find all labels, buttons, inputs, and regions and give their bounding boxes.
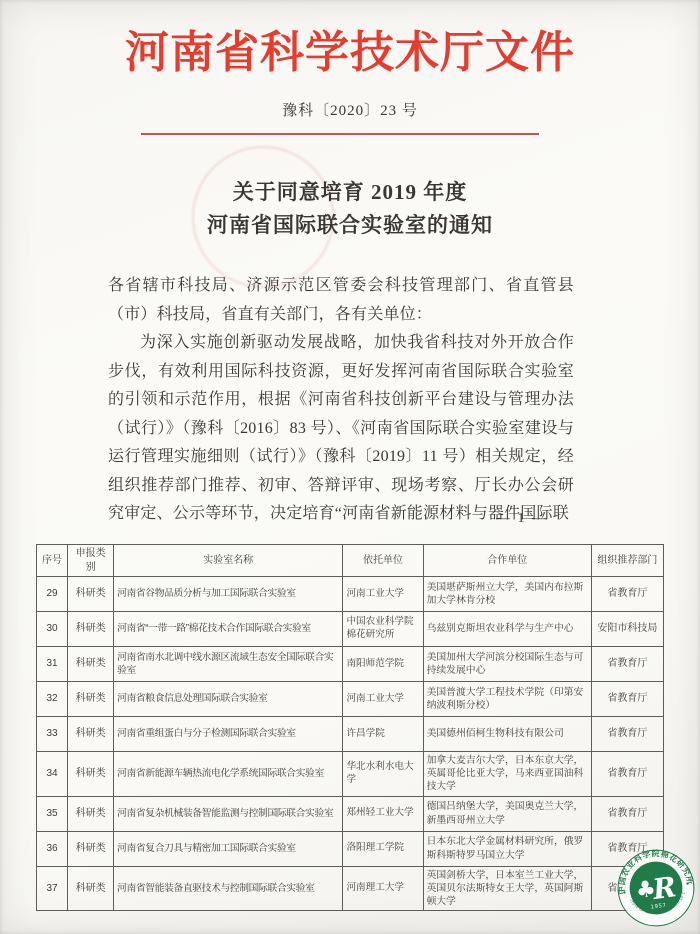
table-cell: 科研类 — [68, 866, 114, 911]
column-header: 合作单位 — [423, 545, 591, 577]
notice-title-line2: 河南省国际联合实验室的通知 — [0, 209, 700, 242]
table-cell: 河南省新能源车辆热流电化学系统国际联合实验室 — [114, 752, 343, 797]
table-cell: 37 — [37, 866, 68, 911]
column-header: 序号 — [37, 545, 68, 577]
table-cell: 河南省智能装备直驱技术与控制国际联合实验室 — [114, 866, 343, 911]
table-cell: 美国普渡大学工程技术学院（印第安纳波利斯分校） — [423, 682, 591, 717]
document-page: 河南省科学技术厅文件 豫科〔2020〕23 号 关于同意培育 2019 年度 河… — [0, 0, 700, 934]
table-row: 30科研类河南省“一带一路”棉花技术合作国际联合实验室中国农业科学院棉花研究所乌… — [37, 612, 664, 647]
table-cell: 中国农业科学院棉花研究所 — [343, 612, 423, 647]
table-cell: 省教育厅 — [591, 796, 663, 831]
table-cell: 30 — [37, 612, 68, 647]
table-cell: 省教育厅 — [591, 717, 663, 752]
doc-number: 豫科〔2020〕23 号 — [0, 99, 700, 120]
table-cell: 河南省南水北调中线水源区流域生态安全国际联合实验室 — [114, 647, 343, 682]
table-cell: 河南省谷物品质分析与加工国际联合实验室 — [114, 577, 343, 612]
table-cell: 河南省粮食信息处理国际联合实验室 — [114, 682, 343, 717]
table-cell: 郑州轻工业大学 — [343, 796, 423, 831]
table-cell: 洛阳理工学院 — [343, 831, 423, 866]
table-cell: 34 — [37, 752, 68, 797]
column-header: 依托单位 — [343, 545, 423, 577]
table-cell: 南阳师范学院 — [343, 647, 423, 682]
table-cell: 科研类 — [68, 682, 114, 717]
table-cell: 日本东北大学金属材料研究所，俄罗斯科斯特罗马国立大学 — [423, 831, 591, 866]
table-cell: 许昌学院 — [343, 717, 423, 752]
table-cell: 河南理工大学 — [343, 866, 423, 911]
table-cell: 35 — [37, 796, 68, 831]
salutation-paragraph: 各省辖市科技局、济源示范区管委会科技管理部门、省直管县（市）科技局，省直有关部门… — [108, 272, 574, 329]
red-divider — [141, 133, 539, 135]
table-cell: 科研类 — [68, 647, 114, 682]
agency-title: 河南省科学技术厅文件 — [0, 16, 700, 80]
table-cell: 科研类 — [68, 717, 114, 752]
table-cell: 31 — [37, 647, 68, 682]
table-cell: 科研类 — [68, 577, 114, 612]
table-cell: 省教育厅 — [591, 752, 663, 797]
table-row: 35科研类河南省复杂机械装备智能监测与控制国际联合实验室郑州轻工业大学德国吕纳堡… — [37, 796, 664, 831]
table-cell: 德国吕纳堡大学，美国奥克兰大学，新墨西哥州立大学 — [423, 796, 591, 831]
table-cell: 美国堪萨斯州立大学，美国内布拉斯加大学林肯分校 — [423, 577, 591, 612]
table-cell: 省教育厅 — [591, 577, 663, 612]
body-paragraph: 为深入实施创新驱动发展战略，加快我省科技对外开放合作步伐，有效利用国际科技资源，… — [108, 329, 574, 529]
table-cell: 安阳市科技局 — [591, 612, 663, 647]
table-row: 34科研类河南省新能源车辆热流电化学系统国际联合实验室华北水利水电大学加拿大麦吉… — [37, 752, 664, 797]
table-cell: 32 — [37, 682, 68, 717]
table-row: 31科研类河南省南水北调中线水源区流域生态安全国际联合实验室南阳师范学院美国加州… — [37, 647, 664, 682]
table-cell: 科研类 — [68, 831, 114, 866]
notice-title-line1: 关于同意培育 2019 年度 — [0, 176, 700, 209]
table-cell: 美国德州佰柯生物科技有限公司 — [423, 717, 591, 752]
table-cell: 科研类 — [68, 796, 114, 831]
column-header: 申报类别 — [68, 545, 114, 577]
seal-logo-letter: R — [650, 870, 679, 906]
page-number: — 1 — — [0, 511, 700, 527]
table-cell: 河南工业大学 — [343, 682, 423, 717]
table-cell: 科研类 — [68, 752, 114, 797]
cotton-institute-seal: 中国农业科学院棉花研究所 INSTITUTE OF COTTON RESEARC… — [607, 839, 700, 934]
table-row: 32科研类河南省粮食信息处理国际联合实验室河南工业大学美国普渡大学工程技术学院（… — [37, 682, 664, 717]
table-cell: 河南工业大学 — [343, 577, 423, 612]
header-row: 序号申报类别实验室名称依托单位合作单位组织推荐部门 — [37, 545, 664, 577]
table-body: 29科研类河南省谷物品质分析与加工国际联合实验室河南工业大学美国堪萨斯州立大学，… — [37, 577, 664, 911]
table-cell: 科研类 — [68, 612, 114, 647]
table-cell: 省教育厅 — [591, 647, 663, 682]
table-row: 33科研类河南省重组蛋白与分子检测国际联合实验室许昌学院美国德州佰柯生物科技有限… — [37, 717, 664, 752]
table-head: 序号申报类别实验室名称依托单位合作单位组织推荐部门 — [37, 545, 664, 577]
table-row: 29科研类河南省谷物品质分析与加工国际联合实验室河南工业大学美国堪萨斯州立大学，… — [37, 577, 664, 612]
table-cell: 河南省“一带一路”棉花技术合作国际联合实验室 — [114, 612, 343, 647]
table-cell: 36 — [37, 831, 68, 866]
table-cell: 省教育厅 — [591, 682, 663, 717]
notice-body: 各省辖市科技局、济源示范区管委会科技管理部门、省直管县（市）科技局，省直有关部门… — [108, 272, 574, 529]
table-cell: 河南省复合刀具与精密加工国际联合实验室 — [114, 831, 343, 866]
table-cell: 33 — [37, 717, 68, 752]
notice-title: 关于同意培育 2019 年度 河南省国际联合实验室的通知 — [0, 176, 700, 242]
table-cell: 美国加州大学河滨分校国际生态与可持续发展中心 — [423, 647, 591, 682]
table-cell: 河南省复杂机械装备智能监测与控制国际联合实验室 — [114, 796, 343, 831]
table-cell: 29 — [37, 577, 68, 612]
table-row: 36科研类河南省复合刀具与精密加工国际联合实验室洛阳理工学院日本东北大学金属材料… — [37, 831, 664, 866]
table-cell: 英国剑桥大学，日本室兰工业大学，英国贝尔法斯特女王大学，英国阿斯顿大学 — [423, 866, 591, 911]
table-cell: 河南省重组蛋白与分子检测国际联合实验室 — [114, 717, 343, 752]
table-cell: 加拿大麦吉尔大学，日本东京大学，英属哥伦比亚大学，马来西亚国油科技大学 — [423, 752, 591, 797]
column-header: 实验室名称 — [114, 545, 343, 577]
table-row: 37科研类河南省智能装备直驱技术与控制国际联合实验室河南理工大学英国剑桥大学，日… — [37, 866, 664, 911]
table-cell: 乌兹别克斯坦农业科学与生产中心 — [423, 612, 591, 647]
table-cell: 华北水利水电大学 — [343, 752, 423, 797]
column-header: 组织推荐部门 — [591, 545, 663, 577]
results-table: 序号申报类别实验室名称依托单位合作单位组织推荐部门 29科研类河南省谷物品质分析… — [36, 544, 664, 911]
